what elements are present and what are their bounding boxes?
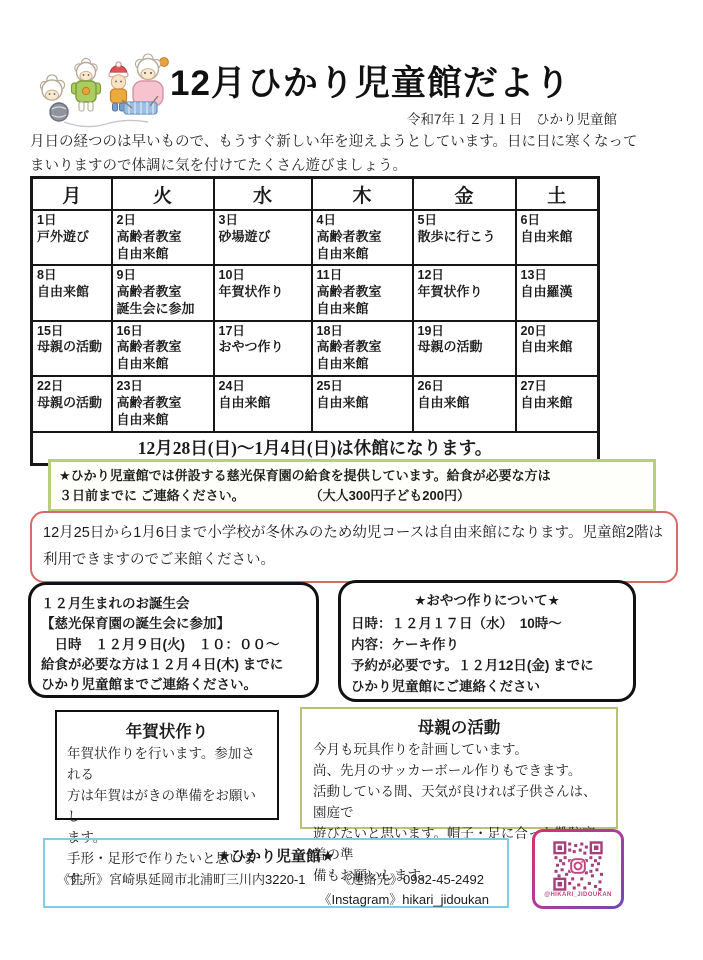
qr-code [552, 841, 604, 891]
calendar-cell: 23日高齢者教室 自由来館 [112, 376, 214, 431]
calendar-week-row: 8日自由来館 9日高齢者教室 誕生会に参加 10日年賀状作り 11日高齢者教室 … [32, 265, 599, 320]
calendar-cell: 9日高齢者教室 誕生会に参加 [112, 265, 214, 320]
calendar-cell: 4日高齢者教室 自由来館 [312, 210, 413, 265]
mother-activity-title: 母親の活動 [313, 714, 605, 738]
calendar-cell: 26日自由来館 [413, 376, 516, 431]
day-header-fri: 金 [413, 178, 516, 211]
winter-break-notice-box: 12月25日から1月6日まで小学校が冬休みのため幼児コースは自由来館になります。… [30, 511, 678, 583]
calendar-cell: 1日戸外遊び [32, 210, 112, 265]
calendar-cell: 6日自由来館 [516, 210, 599, 265]
calendar-table: 月 火 水 木 金 土 1日戸外遊び 2日高齢者教室 自由来館 3日砂場遊び 4… [30, 176, 600, 466]
calendar-cell: 3日砂場遊び [214, 210, 312, 265]
day-header-sat: 土 [516, 178, 599, 211]
calendar-cell: 19日母親の活動 [413, 321, 516, 376]
newyear-card-box: 年賀状作り 年賀状作りを行います。参加される 方は年賀はがきの準備をお願いし ま… [55, 710, 279, 820]
newyear-card-title: 年賀状作り [67, 718, 267, 742]
contact-instagram: 《Instagram》hikari_jidoukan [57, 889, 495, 908]
issue-date-line: 令和7年１２月１日 ひかり児童館 [407, 108, 617, 128]
birthday-party-box: １２月生まれのお誕生会 【慈光保育園の誕生会に参加】 日時 １２月９日(火) １… [28, 582, 319, 698]
instagram-qr-frame: @HIKARI_JIDOUKAN [532, 829, 624, 909]
calendar-cell: 11日高齢者教室 自由来館 [312, 265, 413, 320]
calendar-header-row: 月 火 水 木 金 土 [32, 178, 599, 211]
calendar-week-row: 1日戸外遊び 2日高齢者教室 自由来館 3日砂場遊び 4日高齢者教室 自由来館 … [32, 210, 599, 265]
calendar-cell: 15日母親の活動 [32, 321, 112, 376]
snack-box-body: 日時：１２月１７日（水） 10時～ 内容：ケーキ作り 予約が必要です。１２月12… [351, 614, 623, 698]
calendar-cell: 18日高齢者教室 自由来館 [312, 321, 413, 376]
newsletter-page: 12月ひかり児童館だより 令和7年１２月１日 ひかり児童館 月日の経つのは早いも… [0, 0, 703, 960]
calendar-cell: 10日年賀状作り [214, 265, 312, 320]
page-title: 12月ひかり児童館だより [170, 56, 571, 106]
calendar-cell: 27日自由来館 [516, 376, 599, 431]
intro-text: 月日の経つのは早いもので、もうすぐ新しい年を迎えようとしています。日に日に寒くな… [30, 131, 655, 179]
contact-box: ★ひかり児童館★ 《住所》宮崎県延岡市北浦町三川内3220-1 《連絡先》098… [43, 838, 509, 908]
calendar-cell: 13日自由羅漢 [516, 265, 599, 320]
calendar-cell: 8日自由来館 [32, 265, 112, 320]
day-header-tue: 火 [112, 178, 214, 211]
lunch-notice-box: ★ひかり児童館では併設する慈光保育園の給食を提供しています。給食が必要な方は ３… [48, 459, 656, 512]
day-header-wed: 水 [214, 178, 312, 211]
day-header-mon: 月 [32, 178, 112, 211]
calendar-cell: 25日自由来館 [312, 376, 413, 431]
contact-address-phone: 《住所》宮崎県延岡市北浦町三川内3220-1 《連絡先》0982-45-2492 [57, 869, 495, 888]
snack-box-title: ★おやつ作りについて★ [351, 591, 623, 612]
mother-activity-box: 母親の活動 今月も玩具作りを計画しています。 尚、先月のサッカーボール作りもでき… [300, 707, 618, 829]
calendar-cell: 22日母親の活動 [32, 376, 112, 431]
calendar-cell: 12日年賀状作り [413, 265, 516, 320]
calendar-cell: 5日散歩に行こう [413, 210, 516, 265]
day-header-thu: 木 [312, 178, 413, 211]
qr-instagram-handle: @HIKARI_JIDOUKAN [544, 892, 612, 898]
calendar-cell: 17日おやつ作り [214, 321, 312, 376]
contact-title: ★ひかり児童館★ [57, 845, 495, 866]
calendar-week-row: 22日母親の活動 23日高齢者教室 自由来館 24日自由来館 25日自由来館 2… [32, 376, 599, 431]
calendar-cell: 24日自由来館 [214, 376, 312, 431]
calendar-cell: 16日高齢者教室 自由来館 [112, 321, 214, 376]
snack-making-box: ★おやつ作りについて★ 日時：１２月１７日（水） 10時～ 内容：ケーキ作り 予… [338, 580, 636, 702]
calendar-cell: 2日高齢者教室 自由来館 [112, 210, 214, 265]
calendar-week-row: 15日母親の活動 16日高齢者教室 自由来館 17日おやつ作り 18日高齢者教室… [32, 321, 599, 376]
calendar-cell: 20日自由来館 [516, 321, 599, 376]
